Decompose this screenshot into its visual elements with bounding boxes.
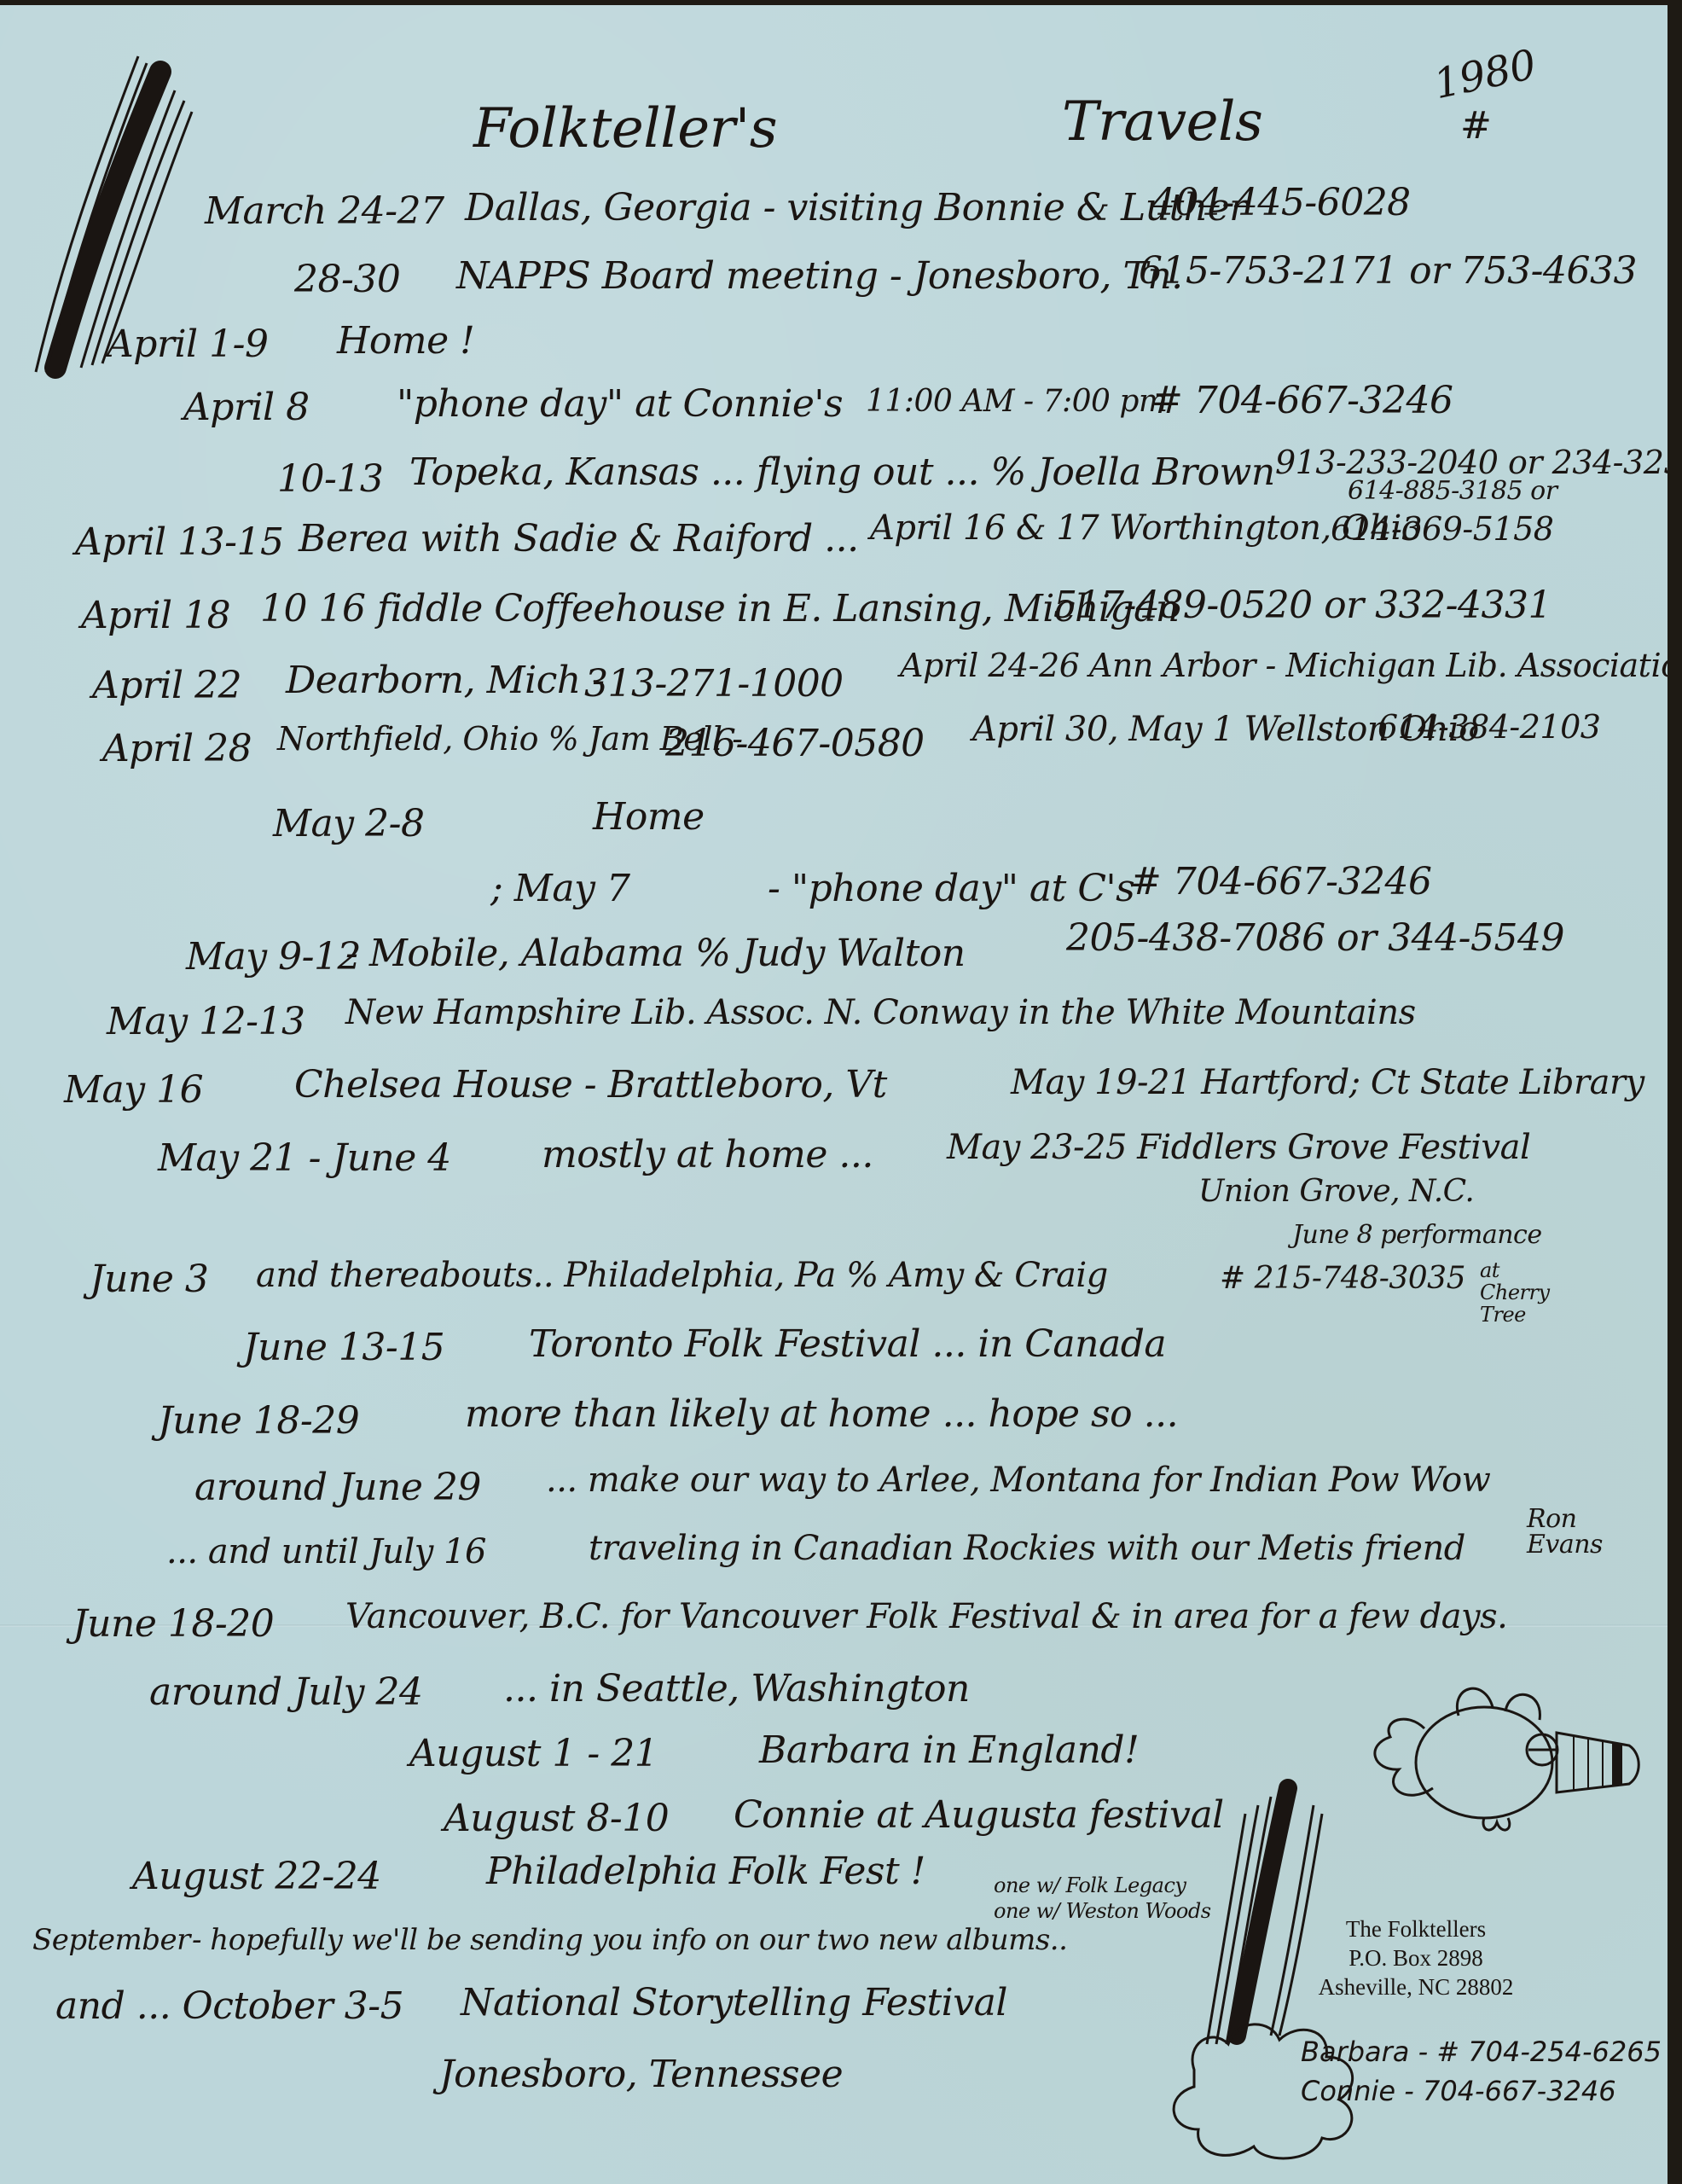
entry-text: Home ! xyxy=(337,319,474,363)
entry-date: April 28 xyxy=(102,727,252,770)
entry-text: more than likely at home ... hope so ... xyxy=(465,1392,1178,1436)
entry-date: August 8-10 xyxy=(444,1797,669,1840)
entry-note2: at Cherry Tree xyxy=(1480,1259,1574,1326)
entry-date: around June 29 xyxy=(194,1466,481,1509)
entry-date: March 24-27 xyxy=(205,189,444,233)
contact-phone: 704-667-3246 xyxy=(1423,2075,1616,2107)
bird-mascot-icon xyxy=(1356,1669,1663,1873)
entry-text: - "phone day" at C's xyxy=(768,867,1134,910)
contact-sep: - xyxy=(1404,2075,1414,2107)
entry-phone: 404-445-6028 xyxy=(1151,181,1411,224)
entry-text: NAPPS Board meeting - Jonesboro, Tn. xyxy=(456,254,1183,298)
entry-phone: 205-438-7086 or 344-5549 xyxy=(1066,916,1564,960)
entry-extra2: Jonesboro, Tennessee xyxy=(439,2053,843,2096)
contact-connie: Connie - 704-667-3246 xyxy=(1301,2075,1616,2107)
entry-extra: May 23-25 Fiddlers Grove Festival xyxy=(947,1128,1530,1167)
entry-date: April 8 xyxy=(183,386,310,429)
entry-extra: April 24-26 Ann Arbor - Michigan Lib. As… xyxy=(900,647,1667,684)
entry-text: ... make our way to Arlee, Montana for I… xyxy=(546,1461,1490,1500)
entry-date: August 22-24 xyxy=(132,1855,381,1898)
entry-text: - hopefully we'll be sending you info on… xyxy=(192,1923,1067,1957)
year: 1980 xyxy=(1430,41,1540,109)
entry-date: April 1-9 xyxy=(107,322,268,366)
letterhead: The Folktellers P.O. Box 2898 Asheville,… xyxy=(1296,1914,1535,2001)
entry-text: and thereabouts.. Philadelphia, Pa % Amy… xyxy=(256,1256,1108,1295)
entry-date: August 1 - 21 xyxy=(409,1732,658,1775)
entry-phone-alt: 614-885-3185 or xyxy=(1348,476,1557,506)
entry-time: 11:00 AM - 7:00 pm xyxy=(866,384,1168,419)
entry-text: Dallas, Georgia - visiting Bonnie & Luth… xyxy=(465,186,1247,229)
contact-sep: - # xyxy=(1418,2036,1460,2068)
entry-date: 10-13 xyxy=(277,457,383,501)
entry-phone: # 215-748-3035 xyxy=(1220,1261,1465,1296)
entry-text: Philadelphia Folk Fest ! xyxy=(486,1850,925,1893)
entry-date: May 2-8 xyxy=(273,802,424,845)
entry-date: ; May 7 xyxy=(490,867,629,910)
contact-phone: 704-254-6265 xyxy=(1468,2036,1662,2068)
entry-date: April 22 xyxy=(92,664,241,707)
entry-text: Chelsea House - Brattleboro, Vt xyxy=(294,1063,887,1107)
entry-date: June 3 xyxy=(90,1258,208,1301)
entry-text: ... in Seattle, Washington xyxy=(503,1667,970,1711)
entry-text: Barbara in England! xyxy=(759,1728,1139,1772)
entry-text: Vancouver, B.C. for Vancouver Folk Festi… xyxy=(345,1597,1507,1636)
entry-note: Ron Evans xyxy=(1527,1507,1595,1558)
entry-date: 28-30 xyxy=(294,258,400,301)
entry-date: and ... October 3-5 xyxy=(55,1984,403,2028)
entry-date: June 13-15 xyxy=(243,1326,444,1369)
contact-name: Barbara xyxy=(1301,2036,1409,2068)
entry-phone: 216-467-0580 xyxy=(665,722,925,765)
entry-phone: # 704-667-3246 xyxy=(1130,860,1432,903)
entry-text: "phone day" at Connie's xyxy=(397,382,843,426)
contact-name: Connie xyxy=(1301,2075,1395,2107)
entry-text: New Hampshire Lib. Assoc. N. Conway in t… xyxy=(345,993,1416,1032)
entry-text: 10 16 fiddle Coffeehouse in E. Lansing, … xyxy=(260,587,1180,630)
entry-date: May 21 - June 4 xyxy=(158,1136,451,1180)
entry-phone: 517-489-0520 or 332-4331 xyxy=(1053,584,1551,627)
entry-date: May 9-12 xyxy=(186,935,361,979)
entry-text: Toronto Folk Festival ... in Canada xyxy=(529,1322,1166,1366)
entry-date: September xyxy=(32,1923,190,1957)
entry-date: June 18-29 xyxy=(158,1399,359,1443)
entry-text: Topeka, Kansas ... flying out ... % Joel… xyxy=(409,450,1275,494)
entry-text: National Storytelling Festival xyxy=(461,1981,1007,2024)
contact-barbara: Barbara - # 704-254-6265 xyxy=(1301,2036,1662,2068)
entry-phone: # 704-667-3246 xyxy=(1151,379,1453,422)
entry-text: mostly at home ... xyxy=(542,1133,873,1176)
title-folktellers: Folkteller's xyxy=(473,97,777,160)
entry-text: Berea with Sadie & Raiford ... xyxy=(299,517,859,561)
entry-date: April 18 xyxy=(81,594,230,637)
title-travels: Travels xyxy=(1062,90,1262,154)
entry-phone-extra: 614-384-2103 xyxy=(1377,708,1600,746)
letterhead-box: P.O. Box 2898 xyxy=(1296,1943,1535,1972)
entry-note: one w/ Folk Legacy xyxy=(994,1873,1186,1897)
entry-date: May 12-13 xyxy=(107,1000,304,1043)
entry-date: April 13-15 xyxy=(75,520,283,564)
entry-phone: 313-271-1000 xyxy=(584,662,844,706)
entry-date: around July 24 xyxy=(149,1670,422,1714)
entry-text: - Mobile, Alabama % Judy Walton xyxy=(345,932,966,975)
entry-extra2: Union Grove, N.C. xyxy=(1198,1174,1474,1209)
entry-phone: 614-369-5158 xyxy=(1331,510,1553,548)
entry-date: May 16 xyxy=(64,1068,203,1112)
entry-date: ... and until July 16 xyxy=(166,1532,486,1571)
letterhead-city: Asheville, NC 28802 xyxy=(1296,1972,1535,2001)
entry-note: June 8 performance xyxy=(1292,1220,1542,1250)
year-mark: # xyxy=(1460,104,1491,148)
letterhead-name: The Folktellers xyxy=(1296,1914,1535,1943)
entry-text: Home xyxy=(593,795,705,839)
entry-text: Connie at Augusta festival xyxy=(734,1793,1224,1837)
entry-date: June 18-20 xyxy=(72,1602,274,1646)
letter-page: Folkteller's Travels 1980 # March 24-27 … xyxy=(0,5,1667,2184)
entry-text: traveling in Canadian Rockies with our M… xyxy=(589,1529,1465,1568)
entry-phone: 615-753-2171 or 753-4633 xyxy=(1139,249,1637,293)
entry-extra: May 19-21 Hartford; Ct State Library xyxy=(1011,1063,1644,1102)
entry-text: Dearborn, Mich - xyxy=(286,659,605,702)
